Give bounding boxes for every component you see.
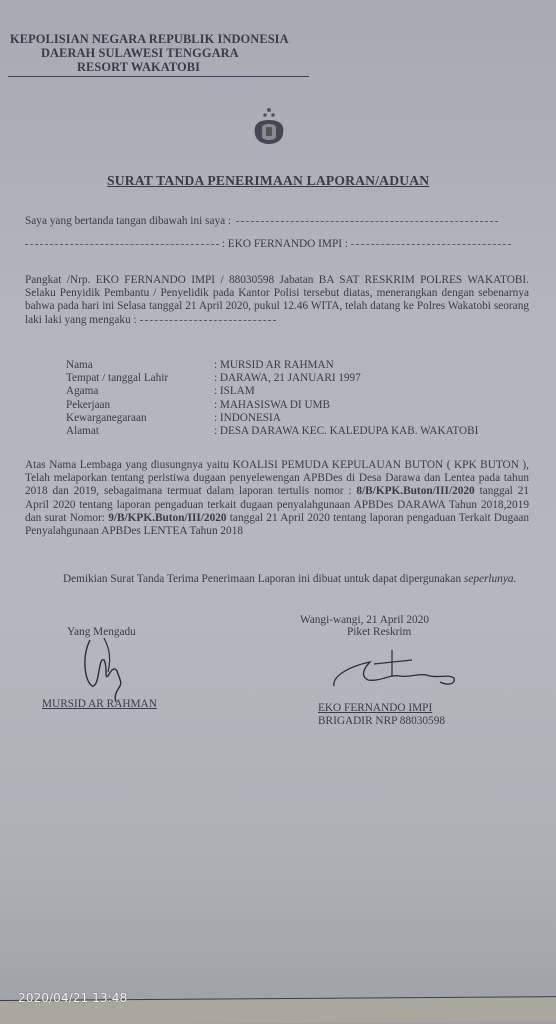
declaration-blank-line <box>140 320 276 321</box>
document-title: SURAT TANDA PENERIMAAN LAPORAN/ADUAN <box>107 173 429 189</box>
closing-text-end: seperlunya. <box>464 573 516 585</box>
officer-paragraph-text: Pangkat /Nrp. EKO FERNANDO IMPI / 880305… <box>25 274 529 326</box>
identity-value: : MAHASISWA DI UMB <box>214 399 330 412</box>
dash-left <box>25 244 219 245</box>
complainant-name: MURSID AR RAHMAN <box>42 698 157 710</box>
officer-role: Piket Reskrim <box>300 626 470 638</box>
letterhead-rule <box>8 76 309 77</box>
dash-right <box>351 244 511 245</box>
officer-name: : EKO FERNANDO IMPI : <box>222 238 348 250</box>
identity-value: : DESA DARAWA KEC. KALEDUPA KAB. WAKATOB… <box>214 425 478 438</box>
closing-paragraph: Demikian Surat Tanda Terima Penerimaan L… <box>25 573 529 586</box>
report-reference-2: 9/B/KPK.Buton/III/2020 <box>108 512 226 524</box>
identity-row: Alamat: DESA DARAWA KEC. KALEDUPA KAB. W… <box>66 425 478 438</box>
identity-value: : DARAWA, 21 JANUARI 1997 <box>214 372 361 385</box>
complainant-identity: Nama: MURSID AR RAHMANTempat / tanggal L… <box>66 359 478 438</box>
complainant-signature-block: Yang Mengadu MURSID AR RAHMAN <box>40 626 180 642</box>
officer-signature-block: Wangi-wangi, 21 April 2020 Piket Reskrim… <box>300 614 470 638</box>
officer-rank: BRIGADIR NRP 88030598 <box>318 715 445 727</box>
intro-blank-line <box>236 221 498 222</box>
letterhead-line-2: DAERAH SULAWESI TENGGARA <box>10 46 289 60</box>
identity-label: Tempat / tanggal Lahir <box>66 372 214 385</box>
letterhead: KEPOLISIAN NEGARA REPUBLIK INDONESIA DAE… <box>10 32 289 74</box>
identity-label: Kewarganegaraan <box>66 412 214 425</box>
identity-row: Kewarganegaraan: INDONESIA <box>66 412 478 425</box>
letterhead-line-1: KEPOLISIAN NEGARA REPUBLIK INDONESIA <box>10 32 289 46</box>
report-reference-1: 8/B/KPK.Buton/III/2020 <box>356 485 474 497</box>
identity-value: : INDONESIA <box>214 412 281 425</box>
place-date: Wangi-wangi, 21 April 2020 <box>300 614 470 626</box>
officer-name-line: : EKO FERNANDO IMPI : <box>25 238 511 251</box>
identity-label: Agama <box>66 385 214 398</box>
intro-line: Saya yang bertanda tangan dibawah ini sa… <box>25 215 498 228</box>
identity-label: Nama <box>66 359 214 372</box>
officer-paragraph: Pangkat /Nrp. EKO FERNANDO IMPI / 880305… <box>25 274 529 327</box>
identity-value: : MURSID AR RAHMAN <box>214 359 334 372</box>
intro-text: Saya yang bertanda tangan dibawah ini sa… <box>25 215 231 227</box>
camera-timestamp: 2020/04/21 13:48 <box>18 991 127 1005</box>
officer-signature-icon <box>330 646 460 696</box>
identity-row: Pekerjaan: MAHASISWA DI UMB <box>66 399 478 412</box>
closing-text: Demikian Surat Tanda Terima Penerimaan L… <box>25 573 464 585</box>
complainant-signature-icon <box>78 636 158 704</box>
identity-row: Tempat / tanggal Lahir: DARAWA, 21 JANUA… <box>66 372 478 385</box>
identity-label: Pekerjaan <box>66 399 214 412</box>
identity-value: : ISLAM <box>214 385 255 398</box>
letterhead-line-3: RESORT WAKATOBI <box>10 60 289 74</box>
identity-row: Agama: ISLAM <box>66 385 478 398</box>
identity-row: Nama: MURSID AR RAHMAN <box>66 359 478 372</box>
police-emblem-icon <box>246 104 292 150</box>
report-paragraph: Atas Nama Lembaga yang diusungnya yaitu … <box>25 459 529 538</box>
document-page: KEPOLISIAN NEGARA REPUBLIK INDONESIA DAE… <box>0 0 556 1000</box>
identity-label: Alamat <box>66 425 214 438</box>
officer-name: EKO FERNANDO IMPI <box>318 702 432 714</box>
